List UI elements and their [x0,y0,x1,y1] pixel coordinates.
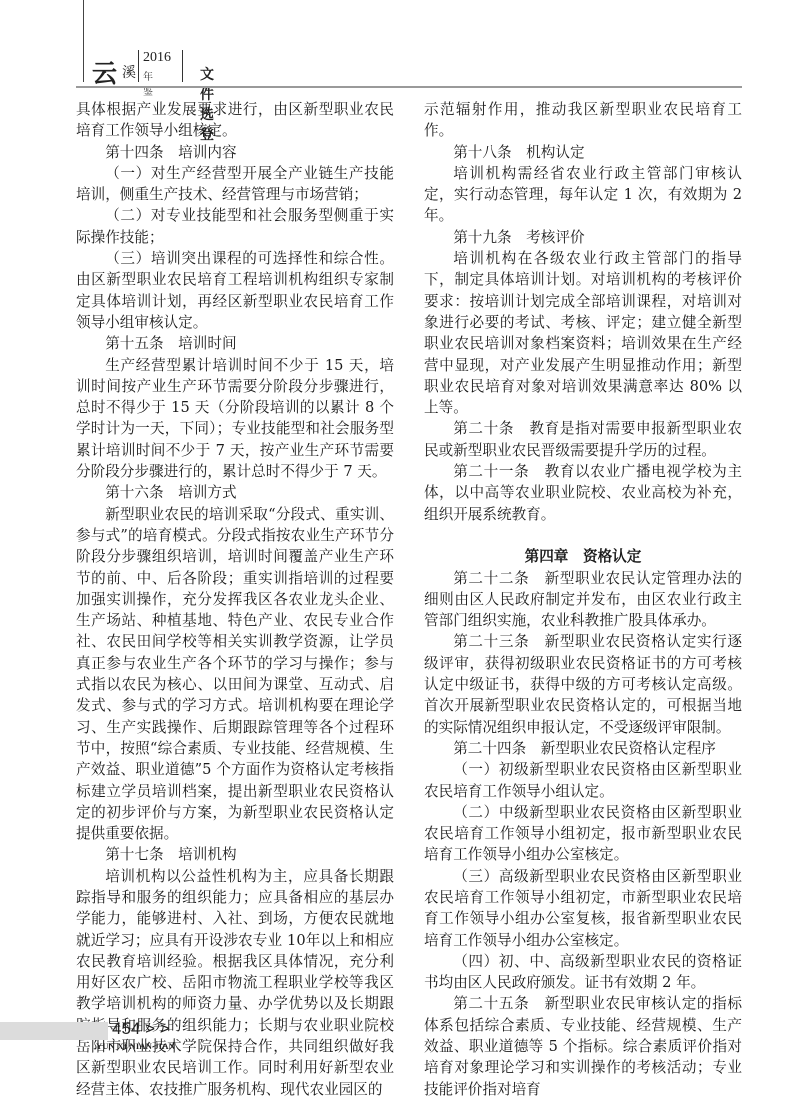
yearbook-label: 年鉴 [143,68,162,98]
paragraph: 第二十五条 新型职业农民审核认定的指标体系包括综合素质、专业技能、经营规模、生产… [424,993,742,1099]
header-divider [138,50,139,82]
article-heading: 第十五条 培训时间 [76,333,394,354]
brand-xi: 溪 [122,62,136,82]
footer-subtitle: YUN XI NIAN JIAN [96,1041,175,1051]
article-heading: 第十四条 培训内容 [76,142,394,163]
paragraph: （四）初、中、高级新型职业农民的资格证书均由区人民政府颁发。证书有效期 2 年。 [424,951,742,994]
paragraph: 第二十条 教育是指对需要申报新型职业农民或新型职业农民晋级需要提升学历的过程。 [424,418,742,461]
brand-yun: 云 [92,54,117,90]
header-divider [182,50,183,82]
footer-bar [0,1022,108,1040]
paragraph: （三）高级新型职业农民资格由区新型职业农民培育工作领导小组初定，市新型职业农民培… [424,866,742,951]
yearbook-year: 2016 [143,50,171,66]
paragraph: 培训机构以公益性机构为主，应具备长期跟踪指导和服务的组织能力；应具备相应的基层办… [76,866,394,1099]
paragraph: 第二十二条 新型职业农民认定管理办法的细则由区人民政府制定并发布，由区农业行政主… [424,568,742,632]
article-heading: 第十七条 培训机构 [76,844,394,865]
paragraph: 培训机构在各级农业行政主管部门的指导下，制定具体培训计划。对培训机构的考核评价要… [424,248,742,418]
article-heading: 第十八条 机构认定 [424,142,742,163]
chapter-heading: 第四章 资格认定 [424,546,742,567]
paragraph: 新型职业农民的培训采取“分段式、重实训、参与式”的培育模式。分段式指按农业生产环… [76,504,394,845]
page-number: 454 > > [112,1019,170,1039]
paragraph: （二）对专业技能型和社会服务型侧重于实际操作技能； [76,205,394,248]
paragraph: （一）初级新型职业农民资格由区新型职业农民培育工作领导小组认定。 [424,759,742,802]
header-rule [76,86,742,88]
paragraph: （一）对生产经营型开展全产业链生产技能培训，侧重生产技术、经营管理与市场营销； [76,163,394,206]
paragraph: （三）培训突出课程的可选择性和综合性。由区新型职业农民培育工程培训机构组织专家制… [76,248,394,333]
article-heading: 第十六条 培训方式 [76,482,394,503]
paragraph: 生产经营型累计培训时间不少于 15 天，培训时间按产业生产环节需要分阶段分步骤进… [76,355,394,483]
paragraph: （二）中级新型职业农民资格由区新型职业农民培育工作领导小组初定，报市新型职业农民… [424,802,742,866]
paragraph: 第二十三条 新型职业农民资格认定实行逐级评审，获得初级职业农民资格证书的方可考核… [424,631,742,737]
right-column: 示范辐射作用，推动我区新型职业农民培育工作。 第十八条 机构认定 培训机构需经省… [424,99,742,1099]
paragraph: 培训机构需经省农业行政主管部门审核认定，实行动态管理，每年认定 1 次，有效期为… [424,163,742,227]
paragraph-continued: 具体根据产业发展要求进行，由区新型职业农民培育工作领导小组核定。 [76,99,394,142]
article-heading: 第十九条 考核评价 [424,227,742,248]
left-column: 具体根据产业发展要求进行，由区新型职业农民培育工作领导小组核定。 第十四条 培训… [76,99,394,1099]
paragraph-continued: 示范辐射作用，推动我区新型职业农民培育工作。 [424,99,742,142]
article-heading: 第二十四条 新型职业农民资格认定程序 [424,738,742,759]
paragraph: 第二十一条 教育以农业广播电视学校为主体，以中高等农业职业院校、农业高校为补充，… [424,461,742,525]
margin-rule [83,0,84,82]
